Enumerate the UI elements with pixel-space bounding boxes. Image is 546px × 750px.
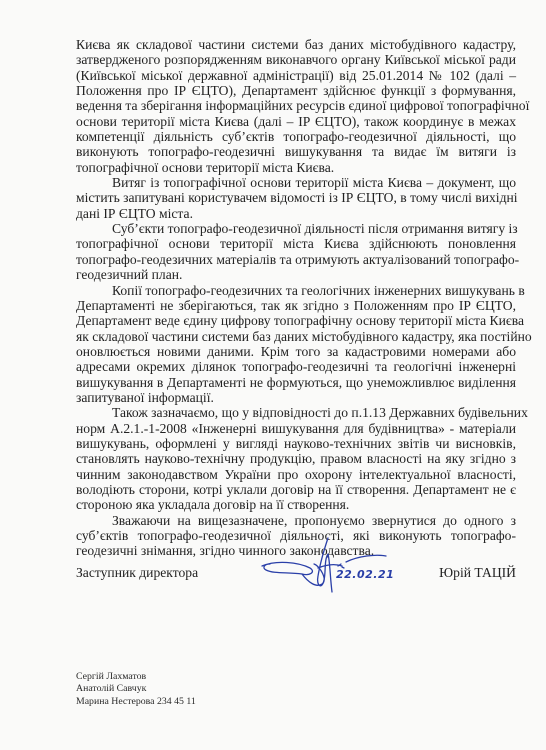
text-line: вишукування в Департаменті не формуються… (76, 375, 516, 390)
paragraph: Копії топографо-геодезичних та геологічн… (76, 283, 516, 406)
handwritten-date: 22.02.21 (336, 568, 394, 581)
executors-list: Сергій Лахматов Анатолій Савчук Марина Н… (76, 671, 196, 708)
paragraph: Витяг із топографічної основи території … (76, 175, 516, 221)
text-line: Витяг із топографічної основи території … (76, 175, 516, 190)
text-line: дані ІР ЄЦТО міста. (76, 206, 516, 221)
executor-name: Анатолій Савчук (76, 683, 196, 695)
signer-name: Юрій ТАЦІЙ (439, 565, 516, 581)
paragraph: Києва як складової частини системи баз д… (76, 37, 516, 175)
handwritten-signature-icon (258, 536, 398, 596)
text-line: компетенції діяльність суб’єктів топогра… (76, 129, 516, 144)
text-line: містить запитувані користувачем відомост… (76, 190, 516, 205)
text-line: норм А.2.1.-1-2008 «Інженерні вишукуванн… (76, 421, 516, 436)
text-line: стороною яка укладала договір на її ство… (76, 497, 516, 512)
text-line: оновлюється новими даними. Крім того за … (76, 344, 516, 359)
text-line: запитуваної інформації. (76, 390, 516, 405)
text-line: топографічної основи території міста Киє… (76, 236, 516, 251)
text-line: володіють сторони, котрі уклали договір … (76, 482, 516, 497)
text-line: Києва як складової частини системи баз д… (76, 37, 516, 52)
text-line: Також зазначаємо, що у відповідності до … (76, 405, 516, 420)
text-line: як складової частини системи баз даних м… (76, 329, 516, 344)
text-line: Суб’єкти топографо-геодезичної діяльност… (76, 221, 516, 236)
text-line: чинним законодавством України про охорон… (76, 467, 516, 482)
text-line: становлять науково-технічну продукцію, п… (76, 451, 516, 466)
document-page: Києва як складової частини системи баз д… (0, 0, 546, 750)
text-line: топографо-геодезичних матеріалів та отри… (76, 252, 516, 267)
text-line: Департамент веде єдину цифрову топографі… (76, 313, 516, 328)
text-line: основи території міста Києва (далі – ІР … (76, 114, 516, 129)
text-line: Копії топографо-геодезичних та геологічн… (76, 283, 516, 298)
paragraph: Також зазначаємо, що у відповідності до … (76, 405, 516, 512)
text-line: Зважаючи на вищезазначене, пропонуємо зв… (76, 513, 516, 528)
executor-name: Сергій Лахматов (76, 671, 196, 683)
letter-body: Києва як складової частини системи баз д… (76, 37, 516, 559)
text-line: Департаменті не зберігаються, так як згі… (76, 298, 516, 313)
text-line: (Київської міської державної адміністрац… (76, 68, 516, 83)
text-line: виконують топографо-геодезичні вишукуван… (76, 144, 516, 159)
text-line: адресами окремих ділянок топографо-геоде… (76, 359, 516, 374)
text-line: Положення про ІР ЄЦТО), Департамент здій… (76, 83, 516, 98)
text-line: геодезичний план. (76, 267, 516, 282)
text-line: топографічної основи території міста Киє… (76, 160, 516, 175)
text-line: вишукувань, оформлені у вигляді науково-… (76, 436, 516, 451)
signer-role: Заступник директора (76, 565, 198, 581)
paragraph: Суб’єкти топографо-геодезичної діяльност… (76, 221, 516, 282)
text-line: ведення та зберігання інформаційних ресу… (76, 98, 516, 113)
executor-name-phone: Марина Нестерова 234 45 11 (76, 696, 196, 708)
text-line: затвердженого розпорядженням виконавчого… (76, 52, 516, 67)
